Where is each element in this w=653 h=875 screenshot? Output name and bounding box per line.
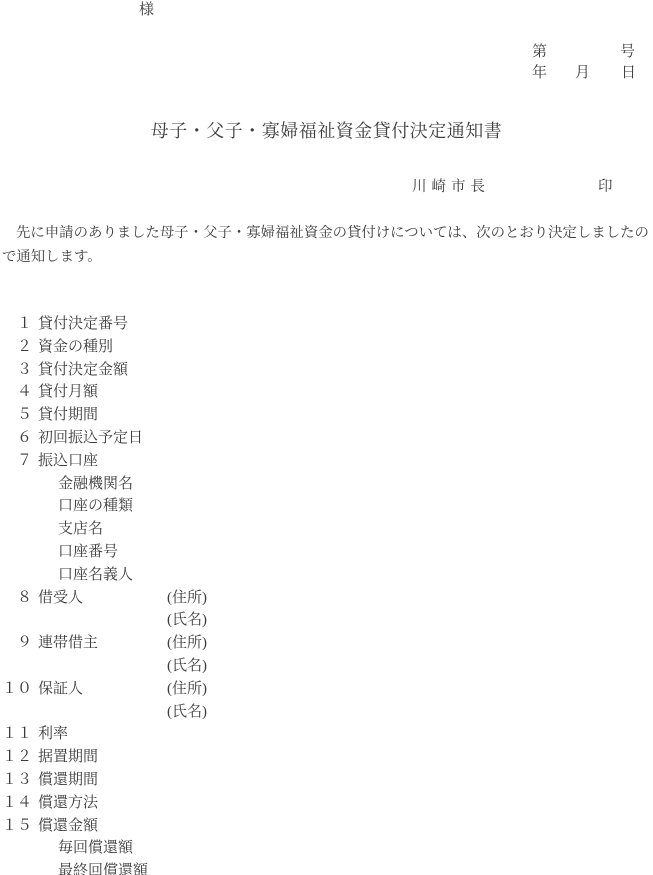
list-item: (氏名) (2, 609, 653, 632)
item-label: 保証人 (38, 678, 83, 701)
item-label: 貸付月額 (38, 381, 98, 404)
list-item: １３償還期間 (2, 769, 653, 792)
document-page: 様 第 号 年 月 日 母子・父子・寡婦福祉資金貸付決定通知書 川崎市長 印 先… (0, 0, 653, 875)
item-label: 口座の種類 (58, 495, 133, 518)
item-label: 初回振込予定日 (38, 427, 143, 450)
item-label: 償還期間 (38, 769, 98, 792)
item-number: １３ (2, 769, 32, 792)
item-number: ８ (2, 587, 32, 610)
list-item: 口座番号 (2, 541, 653, 564)
item-label: 連帯借主 (38, 632, 98, 655)
item-paren-label: (氏名) (167, 609, 207, 632)
item-paren-label: (氏名) (167, 701, 207, 724)
recipient-suffix: 様 (139, 2, 154, 19)
item-label: 貸付期間 (38, 404, 98, 427)
item-number: ７ (2, 450, 32, 473)
item-number: ９ (2, 632, 32, 655)
item-label: 償還金額 (38, 815, 98, 838)
body-paragraph: 先に申請のありました母子・父子・寡婦福祉資金の貸付けについては、次のとおり決定し… (2, 221, 653, 269)
item-number: １１ (2, 723, 32, 746)
item-number: １５ (2, 815, 32, 838)
date-month-label: 月 (575, 65, 590, 82)
item-number: １２ (2, 746, 32, 769)
seal-mark: 印 (598, 178, 613, 196)
item-number: ３ (2, 359, 32, 382)
item-label: 資金の種別 (38, 336, 113, 359)
item-number: １４ (2, 792, 32, 815)
item-paren-label: (住所) (167, 678, 207, 701)
list-item: ８借受人(住所) (2, 587, 653, 610)
item-paren-label: (住所) (167, 587, 207, 610)
list-item: 支店名 (2, 518, 653, 541)
list-item: １貸付決定番号 (2, 313, 653, 336)
body-paragraph-line1: 先に申請のありました母子・父子・寡婦福祉資金の貸付けについては、次のとおり決定し… (2, 221, 653, 245)
list-item: (氏名) (2, 655, 653, 678)
item-label: 毎回償還額 (58, 837, 133, 860)
date-day-label: 日 (621, 65, 636, 82)
date-year-label: 年 (532, 65, 547, 82)
list-item: 金融機関名 (2, 473, 653, 496)
item-label: 口座名義人 (58, 564, 133, 587)
list-item: ９連帯借主(住所) (2, 632, 653, 655)
item-label: 利率 (38, 723, 68, 746)
item-number: ２ (2, 336, 32, 359)
list-item: ７振込口座 (2, 450, 653, 473)
item-number: ６ (2, 427, 32, 450)
list-item: ６初回振込予定日 (2, 427, 653, 450)
list-item: ４貸付月額 (2, 381, 653, 404)
item-number: ５ (2, 404, 32, 427)
doc-number-prefix: 第 (532, 44, 547, 61)
item-number: １ (2, 313, 32, 336)
list-item: ５貸付期間 (2, 404, 653, 427)
list-item: 最終回償還額 (2, 860, 653, 875)
item-paren-label: (氏名) (167, 655, 207, 678)
issuer-name: 川崎市長 (412, 178, 490, 196)
list-item: 口座の種類 (2, 495, 653, 518)
item-label: 貸付決定金額 (38, 359, 128, 382)
list-item: (氏名) (2, 701, 653, 724)
item-label: 口座番号 (58, 541, 118, 564)
list-item: 毎回償還額 (2, 837, 653, 860)
item-label: 償還方法 (38, 792, 98, 815)
page-title: 母子・父子・寡婦福祉資金貸付決定通知書 (0, 120, 653, 142)
item-number: １０ (2, 678, 32, 701)
item-label: 金融機関名 (58, 473, 133, 496)
loan-items-list: １貸付決定番号２資金の種別３貸付決定金額４貸付月額５貸付期間６初回振込予定日７振… (2, 313, 653, 875)
item-label: 支店名 (58, 518, 103, 541)
list-item: 口座名義人 (2, 564, 653, 587)
list-item: １０保証人(住所) (2, 678, 653, 701)
list-item: ２資金の種別 (2, 336, 653, 359)
list-item: ３貸付決定金額 (2, 359, 653, 382)
item-number: ４ (2, 381, 32, 404)
item-label: 借受人 (38, 587, 83, 610)
item-paren-label: (住所) (167, 632, 207, 655)
item-label: 最終回償還額 (58, 860, 148, 875)
doc-number-suffix: 号 (620, 44, 635, 61)
list-item: １４償還方法 (2, 792, 653, 815)
item-label: 振込口座 (38, 450, 98, 473)
list-item: １２据置期間 (2, 746, 653, 769)
item-label: 据置期間 (38, 746, 98, 769)
list-item: １５償還金額 (2, 815, 653, 838)
body-paragraph-line2: で通知します。 (2, 245, 653, 269)
list-item: １１利率 (2, 723, 653, 746)
item-label: 貸付決定番号 (38, 313, 128, 336)
